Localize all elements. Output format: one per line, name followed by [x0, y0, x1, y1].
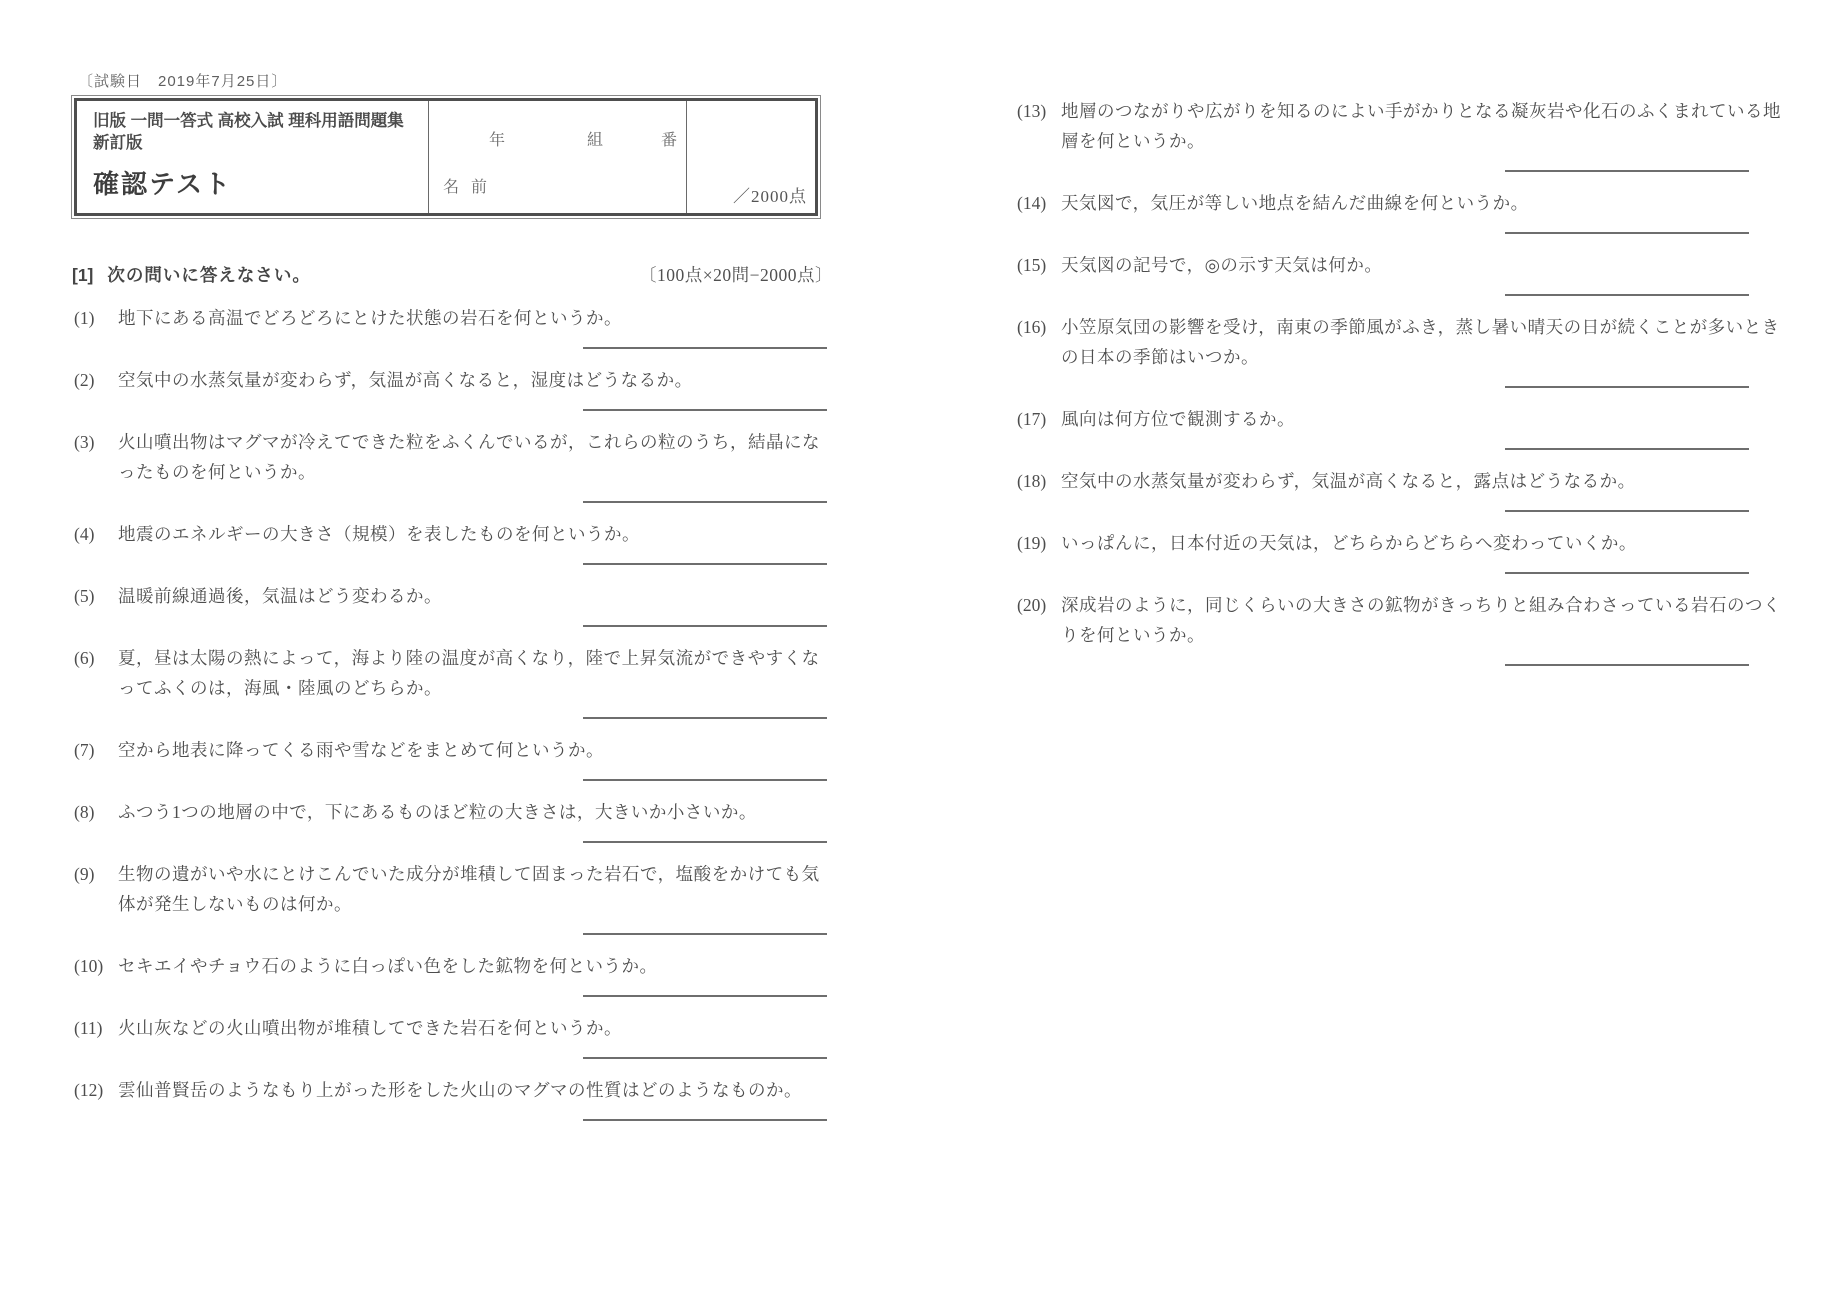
question-number: (1) [72, 303, 118, 333]
question-row: (19) いっぱんに，日本付近の天気は，どちらからどちらへ変わっていくか。 [1015, 528, 1793, 558]
answer-blank-line [1505, 572, 1749, 574]
question-number: (2) [72, 365, 118, 395]
question-row: (7) 空から地表に降ってくる雨や雪などをまとめて何というか。 [72, 735, 835, 765]
question-row: (9) 生物の遺がいや水にとけこんでいた成分が堆積して固まった岩石で，塩酸をかけ… [72, 859, 835, 919]
question-number: (15) [1015, 250, 1061, 280]
answer-blank-line [583, 841, 827, 843]
question-number: (4) [72, 519, 118, 549]
answer-blank-line [1505, 664, 1749, 666]
series-edition: 新訂版 [93, 132, 416, 154]
answer-blank-line [583, 995, 827, 997]
question-number: (19) [1015, 528, 1061, 558]
question-row: (20) 深成岩のように，同じくらいの大きさの鉱物がきっちりと組み合わさっている… [1015, 590, 1793, 650]
answer-blank-line [583, 625, 827, 627]
answer-blank-line [583, 563, 827, 565]
question-number: (10) [72, 951, 118, 981]
question-number: (13) [1015, 96, 1061, 156]
title-box: 旧版 一問一答式 高校入試 理科用語問題集 新訂版 確認テスト 年 組 番 名前… [74, 98, 818, 216]
question-number: (11) [72, 1013, 118, 1043]
exam-date-label: 〔試験日 2019年7月25日〕 [78, 70, 835, 91]
answer-blank-line [583, 347, 827, 349]
question-item: (9) 生物の遺がいや水にとけこんでいた成分が堆積して固まった岩石で，塩酸をかけ… [72, 859, 835, 935]
questions-left-list: (1) 地下にある高温でどろどろにとけた状態の岩石を何というか。 (2) 空気中… [72, 303, 835, 1121]
question-text: 空気中の水蒸気量が変わらず，気温が高くなると，湿度はどうなるか。 [118, 365, 835, 395]
section-points-note: 〔100点×20問−2000点〕 [639, 262, 833, 287]
question-text: 火山灰などの火山噴出物が堆積してできた岩石を何というか。 [118, 1013, 835, 1043]
answer-blank-line [1505, 170, 1749, 172]
question-number: (9) [72, 859, 118, 919]
question-item: (10) セキエイやチョウ石のように白っぽい色をした鉱物を何というか。 [72, 951, 835, 997]
series-title: 旧版 一問一答式 高校入試 理科用語問題集 [93, 110, 416, 132]
question-item: (5) 温暖前線通過後，気温はどう変わるか。 [72, 581, 835, 627]
questions-right-list: (13) 地層のつながりや広がりを知るのによい手がかりとなる凝灰岩や化石のふくま… [1015, 96, 1793, 666]
question-text: 空から地表に降ってくる雨や雪などをまとめて何というか。 [118, 735, 835, 765]
class-label: 組 [587, 127, 603, 150]
question-number: (17) [1015, 404, 1061, 434]
question-item: (19) いっぱんに，日本付近の天気は，どちらからどちらへ変わっていくか。 [1015, 528, 1793, 574]
question-row: (4) 地震のエネルギーの大きさ（規模）を表したものを何というか。 [72, 519, 835, 549]
question-row: (10) セキエイやチョウ石のように白っぽい色をした鉱物を何というか。 [72, 951, 835, 981]
answer-blank-line [583, 779, 827, 781]
question-row: (15) 天気図の記号で，◎の示す天気は何か。 [1015, 250, 1793, 280]
answer-blank-line [583, 933, 827, 935]
number-label: 番 [661, 127, 677, 150]
answer-blank-line [1505, 294, 1749, 296]
question-text: 天気図の記号で，◎の示す天気は何か。 [1061, 250, 1793, 280]
question-number: (3) [72, 427, 118, 487]
question-text: 空気中の水蒸気量が変わらず，気温が高くなると，露点はどうなるか。 [1061, 466, 1793, 496]
section-instruction: 次の問いに答えなさい。 [107, 262, 311, 287]
question-item: (2) 空気中の水蒸気量が変わらず，気温が高くなると，湿度はどうなるか。 [72, 365, 835, 411]
question-text: 地層のつながりや広がりを知るのによい手がかりとなる凝灰岩や化石のふくまれている地… [1061, 96, 1793, 156]
question-text: 温暖前線通過後，気温はどう変わるか。 [118, 581, 835, 611]
left-page-column: 〔試験日 2019年7月25日〕 旧版 一問一答式 高校入試 理科用語問題集 新… [72, 70, 835, 1137]
question-text: 夏，昼は太陽の熱によって，海より陸の温度が高くなり，陸で上昇気流ができやすくなっ… [118, 643, 835, 703]
question-text: 小笠原気団の影響を受け，南東の季節風がふき，蒸し暑い晴天の日が続くことが多いとき… [1061, 312, 1793, 372]
question-number: (12) [72, 1075, 118, 1105]
question-number: (7) [72, 735, 118, 765]
question-text: 火山噴出物はマグマが冷えてできた粒をふくんでいるが，これらの粒のうち，結晶になっ… [118, 427, 835, 487]
question-row: (5) 温暖前線通過後，気温はどう変わるか。 [72, 581, 835, 611]
question-item: (20) 深成岩のように，同じくらいの大きさの鉱物がきっちりと組み合わさっている… [1015, 590, 1793, 666]
answer-blank-line [583, 1119, 827, 1121]
question-text: 天気図で，気圧が等しい地点を結んだ曲線を何というか。 [1061, 188, 1793, 218]
question-item: (17) 風向は何方位で観測するか。 [1015, 404, 1793, 450]
score-label: ／2000点 [733, 182, 807, 207]
question-number: (16) [1015, 312, 1061, 372]
question-number: (14) [1015, 188, 1061, 218]
question-number: (5) [72, 581, 118, 611]
question-text: 地下にある高温でどろどろにとけた状態の岩石を何というか。 [118, 303, 835, 333]
question-row: (8) ふつう1つの地層の中で，下にあるものほど粒の大きさは，大きいか小さいか。 [72, 797, 835, 827]
question-text: ふつう1つの地層の中で，下にあるものほど粒の大きさは，大きいか小さいか。 [118, 797, 835, 827]
right-page-column: (13) 地層のつながりや広がりを知るのによい手がかりとなる凝灰岩や化石のふくま… [1015, 96, 1793, 682]
question-number: (20) [1015, 590, 1061, 650]
question-item: (1) 地下にある高温でどろどろにとけた状態の岩石を何というか。 [72, 303, 835, 349]
answer-blank-line [583, 1057, 827, 1059]
question-text: 深成岩のように，同じくらいの大きさの鉱物がきっちりと組み合わさっている岩石のつく… [1061, 590, 1793, 650]
answer-blank-line [583, 501, 827, 503]
score-cell: ／2000点 [687, 101, 815, 213]
question-item: (15) 天気図の記号で，◎の示す天気は何か。 [1015, 250, 1793, 296]
question-item: (6) 夏，昼は太陽の熱によって，海より陸の温度が高くなり，陸で上昇気流ができや… [72, 643, 835, 719]
question-item: (11) 火山灰などの火山噴出物が堆積してできた岩石を何というか。 [72, 1013, 835, 1059]
question-row: (11) 火山灰などの火山噴出物が堆積してできた岩石を何というか。 [72, 1013, 835, 1043]
question-row: (2) 空気中の水蒸気量が変わらず，気温が高くなると，湿度はどうなるか。 [72, 365, 835, 395]
question-text: セキエイやチョウ石のように白っぽい色をした鉱物を何というか。 [118, 951, 835, 981]
year-label: 年 [489, 127, 505, 150]
question-item: (4) 地震のエネルギーの大きさ（規模）を表したものを何というか。 [72, 519, 835, 565]
question-row: (6) 夏，昼は太陽の熱によって，海より陸の温度が高くなり，陸で上昇気流ができや… [72, 643, 835, 703]
question-item: (18) 空気中の水蒸気量が変わらず，気温が高くなると，露点はどうなるか。 [1015, 466, 1793, 512]
test-title: 確認テスト [93, 164, 416, 201]
name-label: 名前 [443, 174, 499, 197]
section-number: [1] [72, 265, 93, 286]
question-text: 地震のエネルギーの大きさ（規模）を表したものを何というか。 [118, 519, 835, 549]
title-cell: 旧版 一問一答式 高校入試 理科用語問題集 新訂版 確認テスト [77, 101, 429, 213]
question-row: (18) 空気中の水蒸気量が変わらず，気温が高くなると，露点はどうなるか。 [1015, 466, 1793, 496]
question-item: (14) 天気図で，気圧が等しい地点を結んだ曲線を何というか。 [1015, 188, 1793, 234]
question-row: (1) 地下にある高温でどろどろにとけた状態の岩石を何というか。 [72, 303, 835, 333]
question-item: (7) 空から地表に降ってくる雨や雪などをまとめて何というか。 [72, 735, 835, 781]
question-item: (13) 地層のつながりや広がりを知るのによい手がかりとなる凝灰岩や化石のふくま… [1015, 96, 1793, 172]
question-item: (16) 小笠原気団の影響を受け，南東の季節風がふき，蒸し暑い晴天の日が続くこと… [1015, 312, 1793, 388]
question-row: (17) 風向は何方位で観測するか。 [1015, 404, 1793, 434]
question-row: (14) 天気図で，気圧が等しい地点を結んだ曲線を何というか。 [1015, 188, 1793, 218]
question-item: (8) ふつう1つの地層の中で，下にあるものほど粒の大きさは，大きいか小さいか。 [72, 797, 835, 843]
question-item: (12) 雲仙普賢岳のようなもり上がった形をした火山のマグマの性質はどのようなも… [72, 1075, 835, 1121]
question-text: 風向は何方位で観測するか。 [1061, 404, 1793, 434]
answer-blank-line [583, 409, 827, 411]
answer-blank-line [583, 717, 827, 719]
question-row: (13) 地層のつながりや広がりを知るのによい手がかりとなる凝灰岩や化石のふくま… [1015, 96, 1793, 156]
question-text: 雲仙普賢岳のようなもり上がった形をした火山のマグマの性質はどのようなものか。 [118, 1075, 835, 1105]
question-text: 生物の遺がいや水にとけこんでいた成分が堆積して固まった岩石で，塩酸をかけても気体… [118, 859, 835, 919]
question-row: (3) 火山噴出物はマグマが冷えてできた粒をふくんでいるが，これらの粒のうち，結… [72, 427, 835, 487]
question-number: (6) [72, 643, 118, 703]
question-number: (18) [1015, 466, 1061, 496]
answer-blank-line [1505, 510, 1749, 512]
question-number: (8) [72, 797, 118, 827]
question-row: (12) 雲仙普賢岳のようなもり上がった形をした火山のマグマの性質はどのようなも… [72, 1075, 835, 1105]
answer-blank-line [1505, 232, 1749, 234]
answer-blank-line [1505, 448, 1749, 450]
answer-blank-line [1505, 386, 1749, 388]
question-item: (3) 火山噴出物はマグマが冷えてできた粒をふくんでいるが，これらの粒のうち，結… [72, 427, 835, 503]
question-text: いっぱんに，日本付近の天気は，どちらからどちらへ変わっていくか。 [1061, 528, 1793, 558]
student-info-cell: 年 組 番 名前 [429, 101, 687, 213]
question-row: (16) 小笠原気団の影響を受け，南東の季節風がふき，蒸し暑い晴天の日が続くこと… [1015, 312, 1793, 372]
section-heading: [1] 次の問いに答えなさい。 〔100点×20問−2000点〕 [72, 262, 835, 287]
